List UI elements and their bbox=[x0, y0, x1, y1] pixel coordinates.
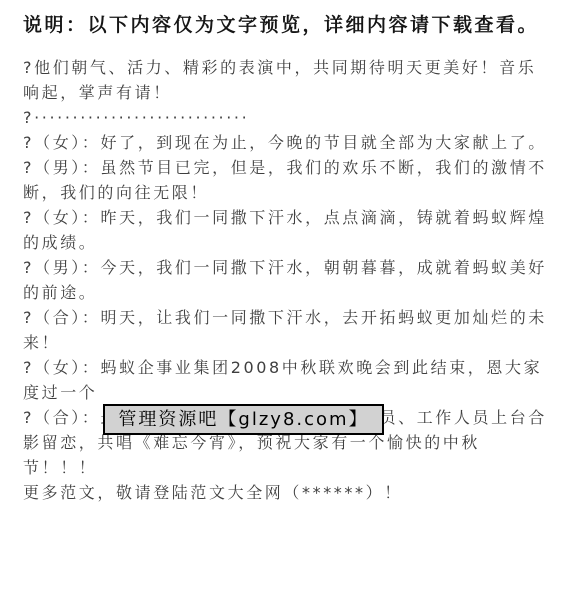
watermark-badge: 管理资源吧【glzy8.com】 bbox=[103, 404, 384, 435]
paragraph-male-2: ?（男）：今天，我们一同撒下汗水，朝朝暮暮，成就着蚂蚁美好的前途。 bbox=[23, 255, 554, 305]
paragraph-female-3-partially-covered: ?（女）：蚂蚁企事业集团2008中秋联欢晚会到此结束，恩大家度过一个 bbox=[23, 355, 554, 405]
paragraph-male-1: ?（男）：虽然节目已完，但是，我们的欢乐不断，我们的激情不断，我们的向往无限！ bbox=[23, 155, 554, 205]
footer-more-docs-line: 更多范文，敬请登陆范文大全网（******）！ bbox=[23, 480, 554, 505]
watermark-text: 管理资源吧【glzy8.com】 bbox=[118, 411, 368, 429]
paragraph-together-1: ?（合）：明天，让我们一同撒下汗水，去开拓蚂蚁更加灿烂的未来！ bbox=[23, 305, 554, 355]
paragraph-female-2: ?（女）：昨天，我们一同撒下汗水，点点滴滴，铸就着蚂蚁辉煌的成绩。 bbox=[23, 205, 554, 255]
preview-notice-heading: 说明：以下内容仅为文字预览，详细内容请下载查看。 bbox=[23, 12, 554, 39]
paragraph-intro: ?他们朝气、活力、精彩的表演中，共同期待明天更美好！音乐响起，掌声有请！ bbox=[23, 55, 554, 105]
paragraph-female-1: ?（女）：好了，到现在为止，今晚的节目就全部为大家献上了。 bbox=[23, 130, 554, 155]
paragraph-dots-separator: ?···························· bbox=[23, 105, 554, 130]
document-preview-page: 说明：以下内容仅为文字预览，详细内容请下载查看。 ?他们朝气、活力、精彩的表演中… bbox=[0, 0, 578, 600]
